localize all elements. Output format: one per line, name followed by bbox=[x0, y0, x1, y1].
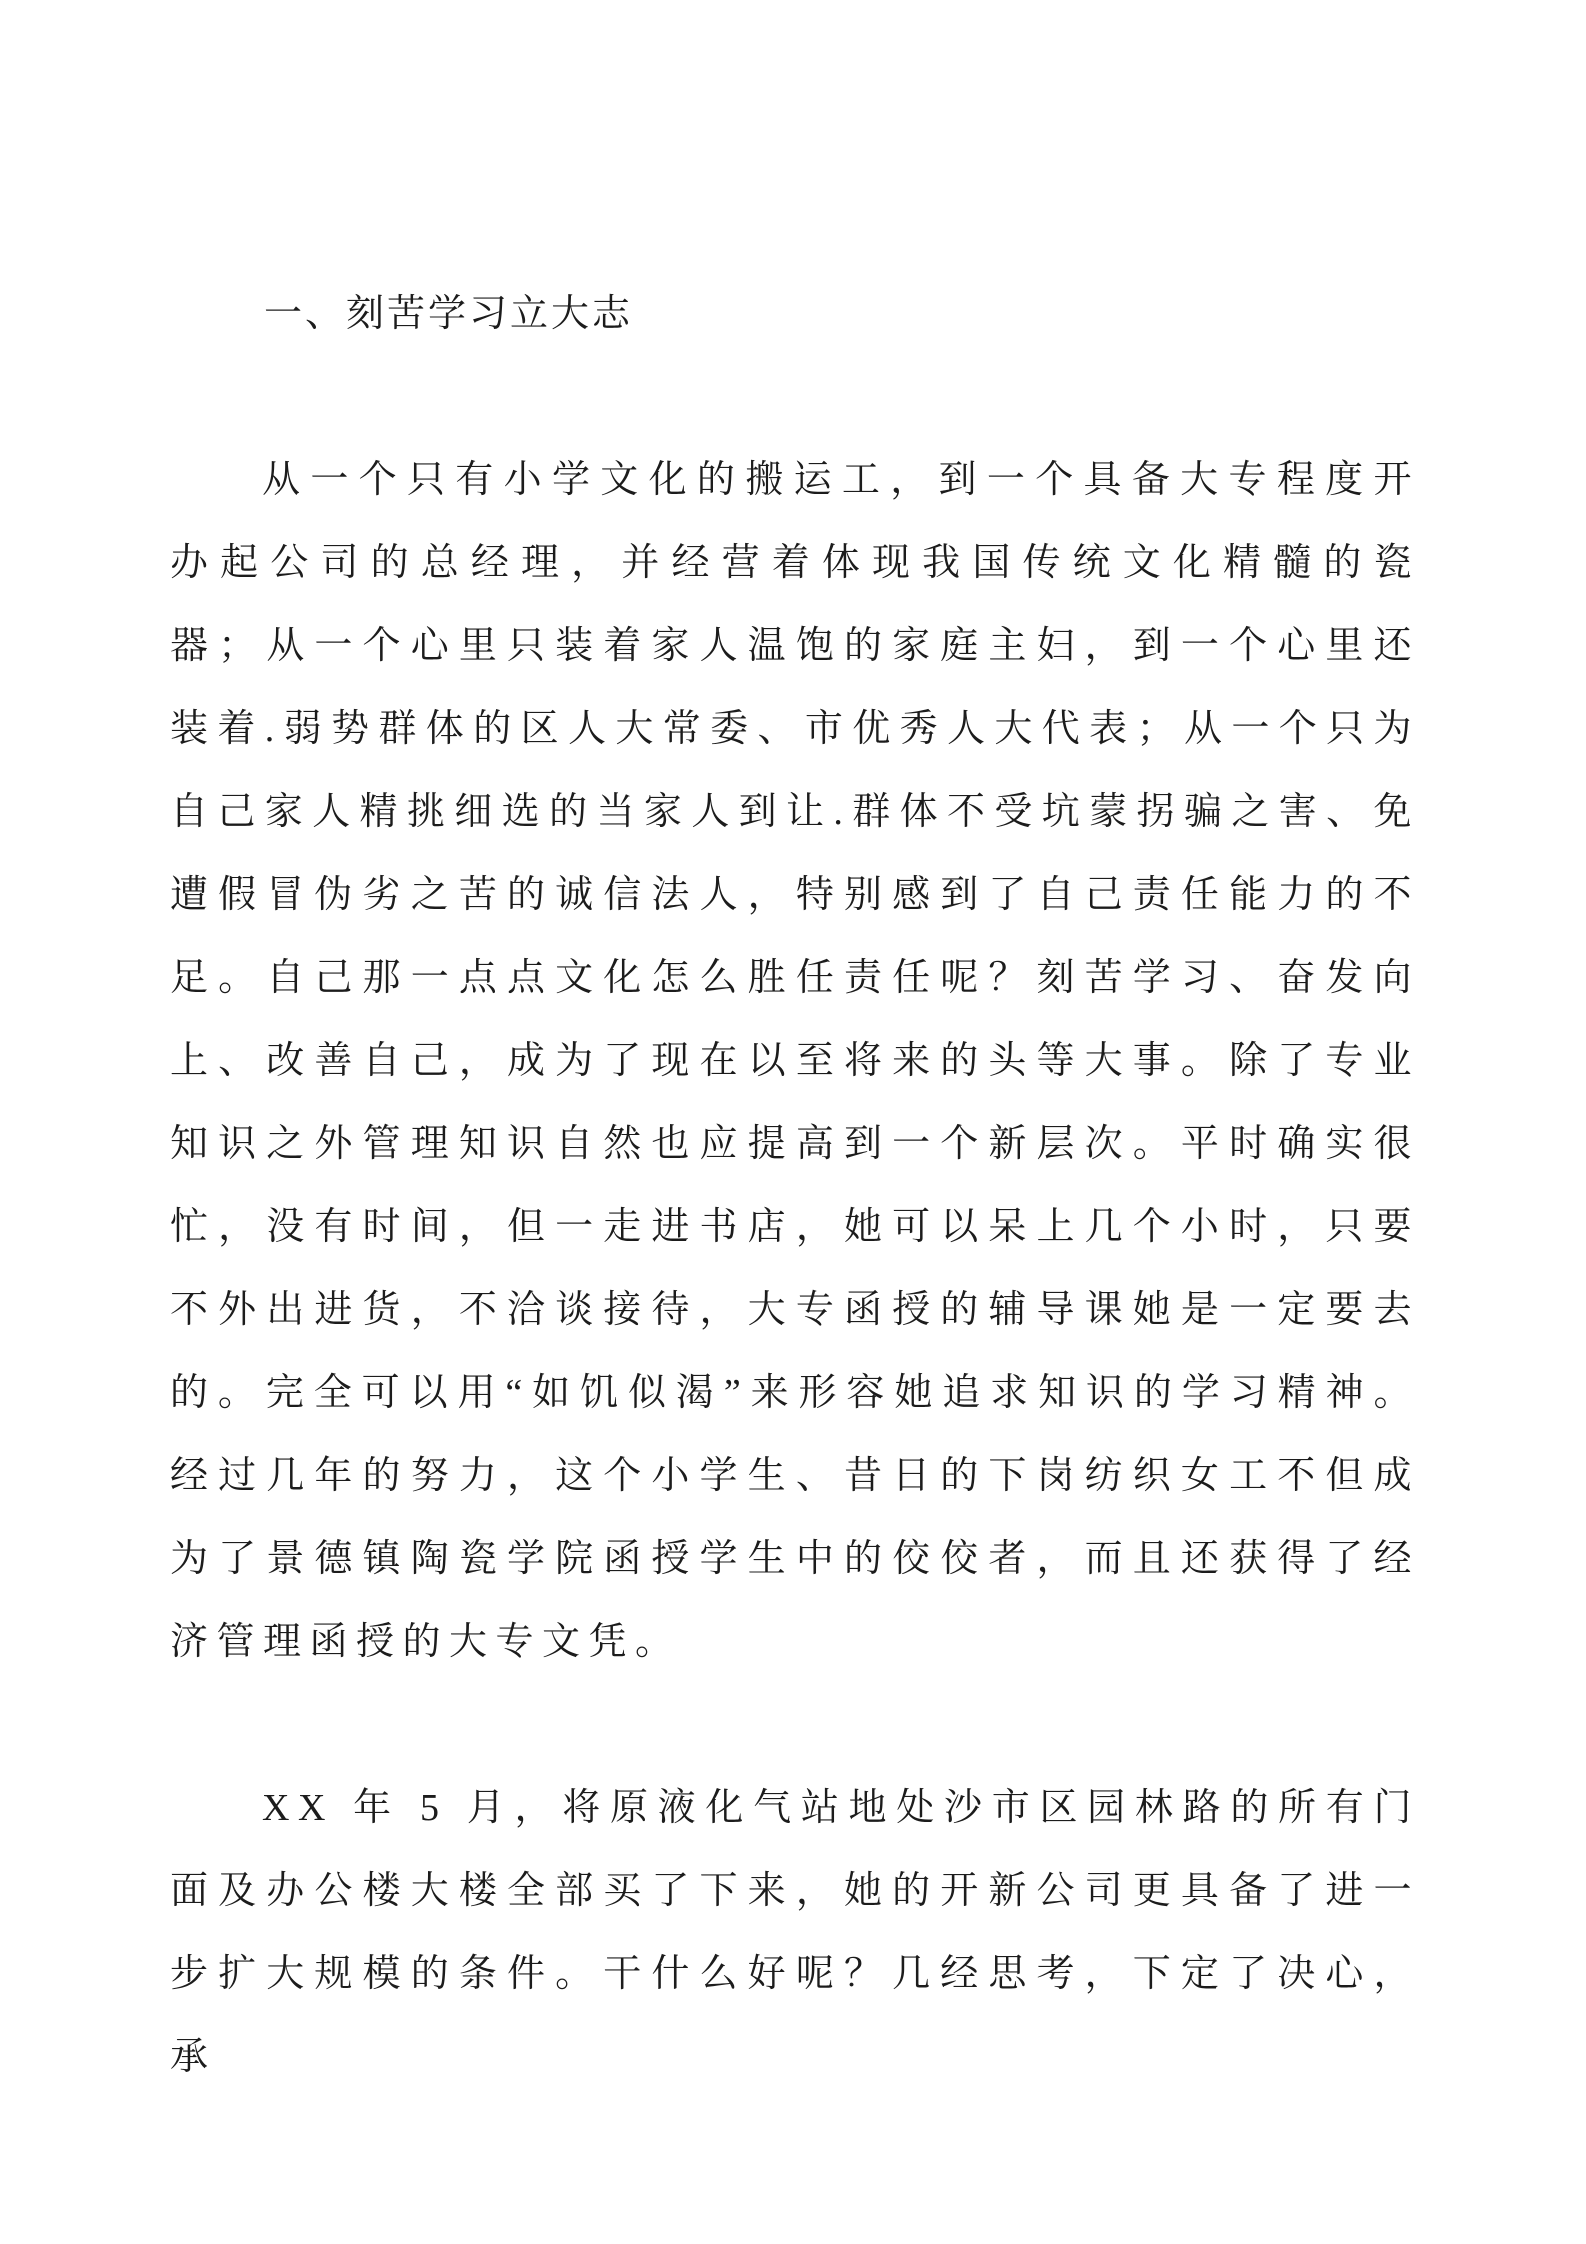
section-heading: 一、刻苦学习立大志 bbox=[170, 273, 1420, 356]
document-page: 一、刻苦学习立大志 从一个只有小学文化的搬运工，到一个具备大专程度开办起公司的总… bbox=[0, 0, 1586, 2244]
paragraph-study-ambition: 从一个只有小学文化的搬运工，到一个具备大专程度开办起公司的总经理，并经营着体现我… bbox=[170, 439, 1420, 1684]
paragraph-company-expansion: XX 年 5 月，将原液化气站地处沙市区园林路的所有门面及办公楼大楼全部买了下来… bbox=[170, 1767, 1420, 2099]
